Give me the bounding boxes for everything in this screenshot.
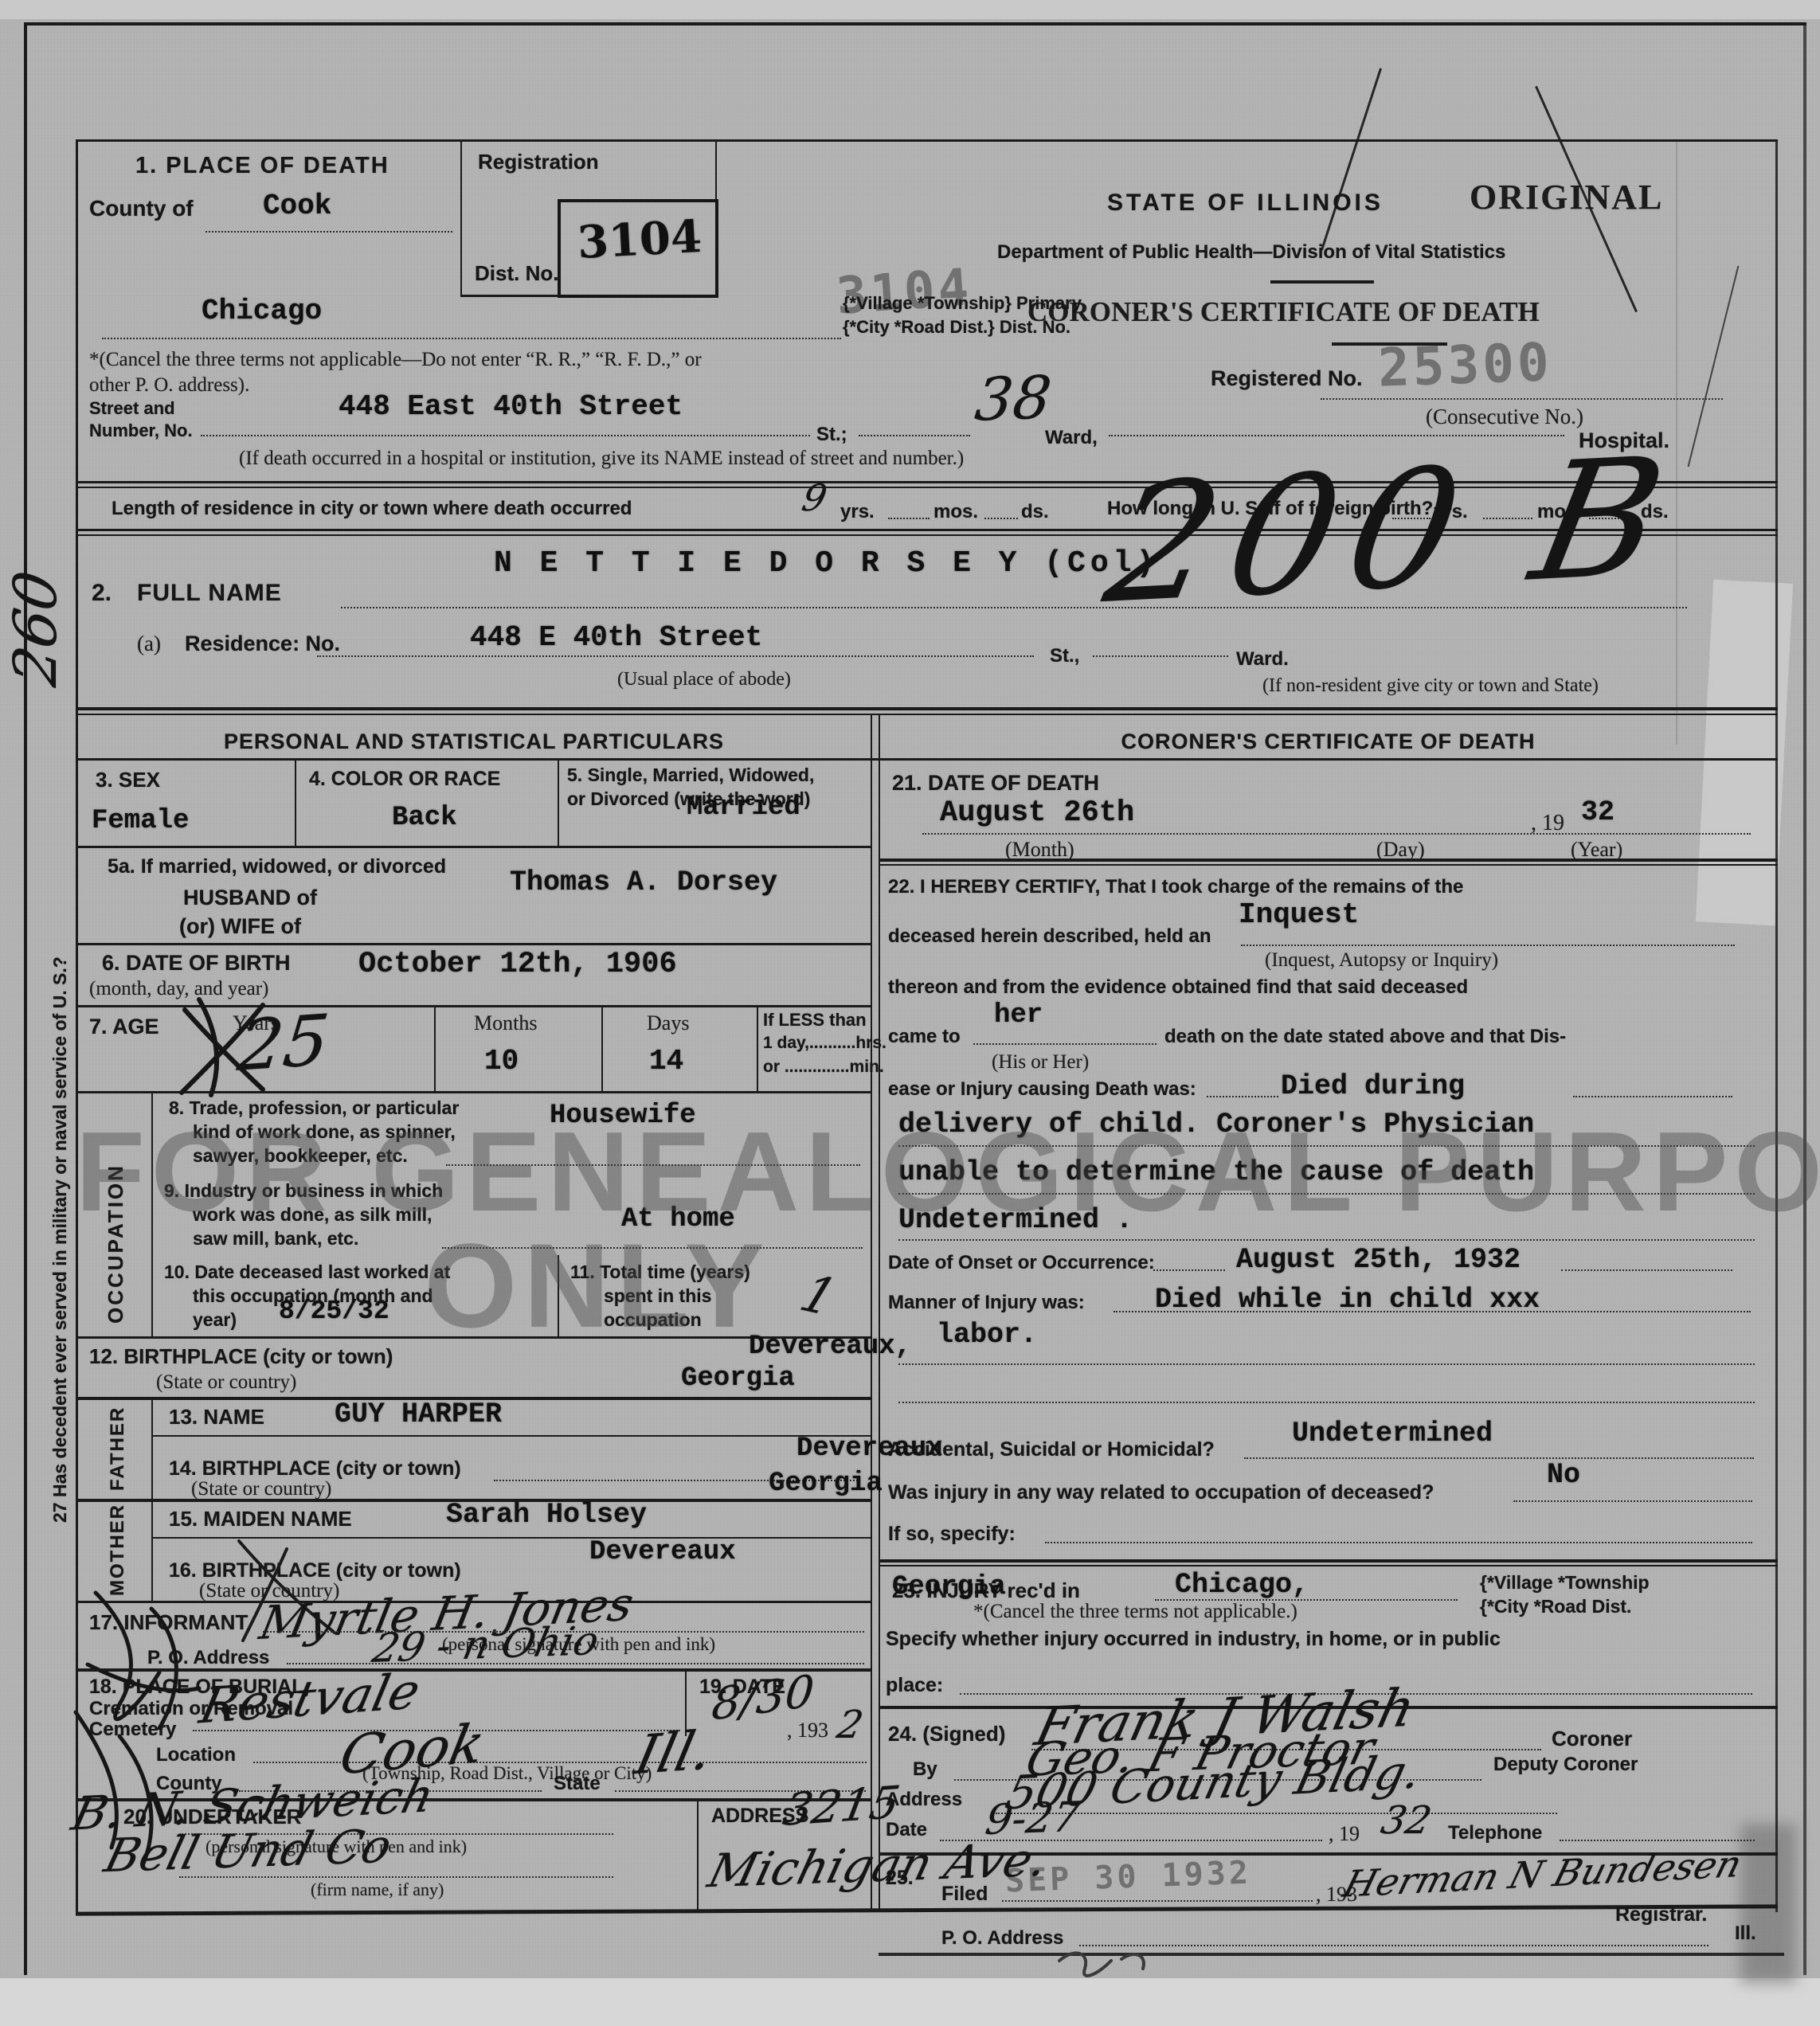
state-value-hand: Ill. [630, 1719, 718, 1787]
undertaker-firm-value: Bell Und Co [100, 1819, 397, 1883]
bottom-pen-mark [0, 0, 1820, 2026]
undertaker-address-number: 3215 [779, 1777, 903, 1836]
death-certificate-scan: FOR GENEALOGICAL PURPOSES ONLY 1. PLACE … [0, 0, 1820, 2026]
mother-birthplace-value-2: Georgia [892, 1572, 1006, 1602]
watermark-line2: ONLY [319, 1217, 876, 1355]
file-number-handwritten: 200 B [1094, 422, 1693, 640]
father-birthplace-value-1: Devereaux [796, 1433, 943, 1464]
father-birthplace-value-2: Georgia [769, 1469, 883, 1499]
